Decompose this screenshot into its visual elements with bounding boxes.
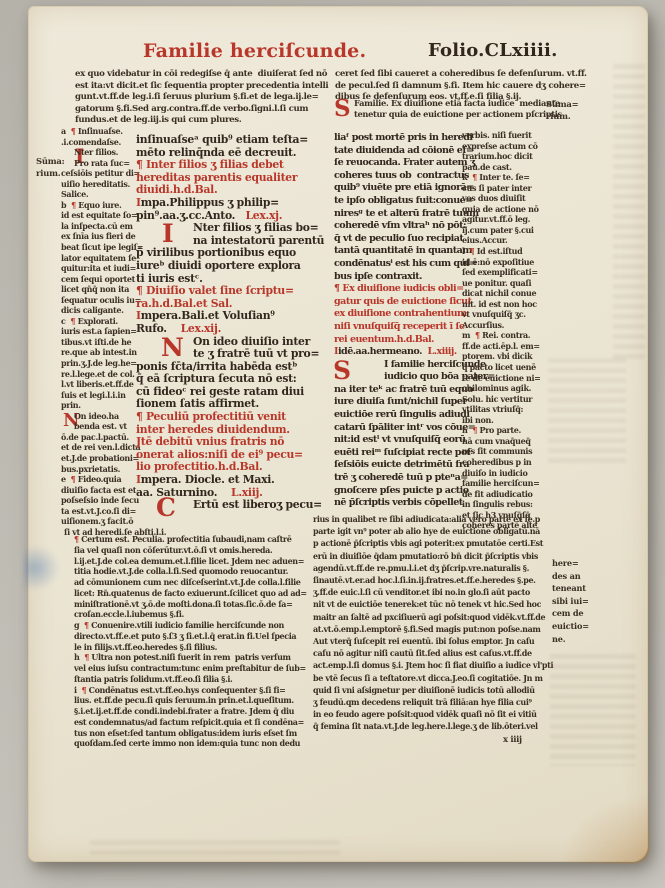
text-line: id ē:nō expoſitiue <box>462 257 554 268</box>
text-line: rius in qualibet re ſibi adiudicata:aliā… <box>313 513 555 525</box>
text-line: h ¶ Ultra non potest.niſi fuerit in rem … <box>74 652 322 663</box>
show-through-mid-right <box>548 358 626 468</box>
text-line: Nter filios. <box>61 147 141 158</box>
text-line: c ¶ Explorati. <box>61 316 141 327</box>
text-line: prin. <box>61 400 141 411</box>
text-line: vel eius iuſsu contractum:tunc enim preſ… <box>74 663 322 674</box>
text-line: et.J.de probationi= <box>61 453 141 464</box>
text-line: euictio= <box>552 620 614 633</box>
text-line: ſia vel quaſi non cōſerūtur.vt.ō.ſi vt o… <box>74 545 322 556</box>
text-line: diuiſio facta est et <box>61 485 141 496</box>
text-line: ʒ.ff.de euic.l.ſi cū venditor.et ibi no.… <box>313 586 555 598</box>
text-line: Ertū est liberoʒ pecu= <box>136 499 336 512</box>
text-line: ſinautē.vt.er.ad hoc.l.ſi.in.ij.fratres.… <box>313 574 555 586</box>
text-line: k ¶ Inter te. ſe= <box>462 172 554 183</box>
text-line: lator equitatem ſe <box>61 253 141 264</box>
text-line: in ſingulis rebus: <box>462 499 554 510</box>
text-line: g ¶ Conuenire.vtili iudicio familie herc… <box>74 620 322 631</box>
gloss-column-left: a ¶ Inſinuaſse..i.comendaſse.Nter filios… <box>61 126 141 527</box>
drop-cap-s-summarium: S <box>334 97 351 120</box>
text-line: ex quo videbatur in cōi redegiſse q̄ ant… <box>75 69 335 81</box>
text-line: teneant <box>552 582 614 595</box>
text-line: te ipſo obligatus fuit:conue= <box>334 195 478 208</box>
text-line: verbis. niſi fuerit <box>462 130 554 141</box>
text-column-left: inſinuaſseᵃ quib⁹ etiam teſta=mēto relin… <box>136 134 336 512</box>
text-line: sibi iui= <box>552 595 614 608</box>
text-line: est condemnatus/ad factum reſpicit.quia … <box>74 717 322 728</box>
text-line: §.i.et.ij.et.ff.de condi.indebi.frater a… <box>74 706 322 717</box>
text-line: poſseſsio inde ſecu <box>61 495 141 506</box>
text-line: tibus.vt iſti.de he <box>61 337 141 348</box>
commentary-block-bottom-left: ¶ Certum est. Peculia. profectitia ſubau… <box>74 534 322 749</box>
text-line: Iidē.aa.hermeano. L.xiiij. <box>334 346 478 359</box>
text-line: i ¶ Condēnatus est.vt.ff.eo.hys conſeque… <box>74 685 322 696</box>
text-line: licet qn̄q̄ non ita <box>61 284 141 295</box>
text-line: erū in diuiſiōe q̄dam pmutatio:rō bn̄ di… <box>313 550 555 562</box>
text-line: e ¶ Fideo.quia <box>61 474 141 485</box>
text-line: tate diuidenda ad cōionē eſ= <box>334 145 478 158</box>
text-line: Salice. <box>61 189 141 200</box>
folio-number: Folio.CLxiiii. <box>428 40 558 61</box>
text-line: iudicio quo bōa pater= <box>334 371 478 384</box>
text-line: vtilitas vtriuſq̄: <box>462 404 554 415</box>
signature-mark: x iiij <box>503 735 522 746</box>
text-line: coheredibus p in <box>462 457 554 468</box>
text-line: ¶ Ex diuiſione iudicis obli= <box>334 283 478 296</box>
text-line: m ¶ Rei. contra. <box>462 330 554 341</box>
text-line: vos duos diuiſit <box>462 193 554 204</box>
text-line: re.l.lege.et de col. <box>61 369 141 380</box>
text-line: ta est.vt.J.co.ſi di= <box>61 506 141 517</box>
text-line: ptorem. vbi dicik <box>462 351 554 362</box>
text-line: niresᵍ te et alterū fratrē tuum <box>334 208 478 221</box>
photograph-background: Familie herciſcunde. Folio.CLxiiii. ex q… <box>0 0 665 888</box>
text-line: Accurſius. <box>462 320 554 331</box>
show-through-below-annotation <box>550 654 636 766</box>
text-line: euēti reiᵐ ſuſcipiat recte poſ <box>334 447 478 460</box>
text-line: Familie. Ex diuiſione etiā facta iudice … <box>354 98 560 109</box>
text-line: familie herciſcun= <box>462 478 554 489</box>
text-line: q̄ femina ſit nata.vt.J.de leg.here.l.le… <box>313 720 555 732</box>
text-line: prin.ʒ.J.de leg.he= <box>61 358 141 369</box>
text-line: iure diuiſa ſunt/nichil ſuper <box>334 396 478 409</box>
text-line: id est equitate ſo= <box>61 210 141 221</box>
text-line: benda est. vt <box>61 421 141 432</box>
commentary-block-bottom-right: rius in qualibet re ſibi adiudicata:aliā… <box>313 513 555 733</box>
text-line: quia de actione nō <box>462 204 554 215</box>
text-line: p actionē p̄ſcriptis vbis agi poterit:ex… <box>313 537 555 549</box>
text-line: ue ponitur. quaſi <box>462 278 554 289</box>
text-line: coheres tuus ob contractus <box>334 170 478 183</box>
text-line: ff.de acti.ēp.l. em= <box>462 341 554 352</box>
text-line: condēnatusⁱ est his cum qui= <box>334 258 478 271</box>
text-line: niſi vnuſquiſq̄ receperit ī ſe <box>334 321 478 334</box>
text-line: dicis caligante. <box>61 305 141 316</box>
text-line: chilominus agik. <box>462 383 554 394</box>
text-line: uiſionem.ʒ facit.ō <box>61 516 141 527</box>
text-line: de fit adiudicatio <box>462 489 554 500</box>
text-line: et de rei ven.l.dicta <box>61 442 141 453</box>
text-line: coheredē vſm vltraʰ nō pōt: <box>334 220 478 233</box>
text-line: ceret ſed ſibi caueret a coheredibus ſe … <box>335 69 563 81</box>
show-through-right-margin <box>613 64 645 364</box>
text-line: l ¶ Id est.iſtud <box>462 246 554 257</box>
text-line: caſu nō agitur niſi cautū ſit.ſed alius … <box>313 647 555 659</box>
text-line: quitur:ita et iudi= <box>61 263 141 274</box>
text-line: cem de <box>552 607 614 620</box>
text-column-right: liaᶠ post mortē pris in hereditate diuid… <box>334 132 478 510</box>
text-line: agitur.vt.ff.ō leg. <box>462 214 554 225</box>
text-line: na iter teᵏ ac fratrē tuū equo <box>334 384 478 397</box>
text-line: eius.Accur. <box>462 235 554 246</box>
text-line: gunt.vt.ff.de leg.i.ſi ſeruus plurium §.… <box>75 92 335 104</box>
text-line: q̄ vt de peculio ſuo recipiat <box>334 233 478 246</box>
text-line: .i.comendaſse. <box>61 137 141 148</box>
text-line: est ita:vt dicit.et ſic ſequentia propte… <box>75 81 335 93</box>
text-line: Sūma= <box>546 98 590 110</box>
text-line: a ¶ Inſinuaſse. <box>61 126 141 137</box>
text-line: quid ſi vni aſsignetur per diuiſionē iud… <box>313 684 555 696</box>
text-line: here= <box>552 557 614 570</box>
margin-note-summarium-right: Sūma=rium. <box>546 98 590 123</box>
text-line: diuiſo in iudicio <box>462 468 554 479</box>
text-line: ¶ Certum est. Peculia. profectitia ſubau… <box>74 534 322 545</box>
text-line: agendū.vt.ff.de re.pmu.l.i.et dʒ p̄ſcrip… <box>313 562 555 574</box>
book-page: Familie herciſcunde. Folio.CLxiiii. ex q… <box>28 6 648 862</box>
gloss-column-right: verbis. niſi fueritexpreſse actum cōtrar… <box>462 130 554 531</box>
text-line: l.ij.et.J.de col.ea demum.et.l.filie lic… <box>74 556 322 567</box>
text-line: Solu. hic vertitur <box>462 394 554 405</box>
text-line: gnoſcere pſes puicte p actio <box>334 485 478 498</box>
text-line: trarium.hoc dicit <box>462 151 554 162</box>
margin-annotation-eviction: here=des anteneantsibi iui=cem deeuictio… <box>552 557 614 645</box>
text-line: parte igit vn⁹ poter ab alio hye de euic… <box>313 525 555 537</box>
text-line: vt vnuſquiſq̄ ʒc. <box>462 309 554 320</box>
text-line: beat ſicut ipe legiſ= <box>61 242 141 253</box>
text-line: ad cōmunionem cum nec diſceſserint.vt.J.… <box>74 577 322 588</box>
text-line: nit:id estˡ vt vnuſquiſq̄ eorū <box>334 434 478 447</box>
text-line: licet: Rn̄.quatenus de facto exiuerunt.ſ… <box>74 588 322 599</box>
text-line: ſeſsiōis euicte detrimētū fra <box>334 459 478 472</box>
text-line: ibi non. <box>462 415 554 426</box>
text-line: cem ſequi oportet <box>61 274 141 285</box>
running-title: Familie herciſcunde. <box>143 40 366 62</box>
text-line: b ¶ Equo iure. <box>61 200 141 211</box>
text-line: ex diuiſione contrahentium <box>334 308 478 321</box>
text-line: trē ʒ coheredē tuū p pteⁿa= <box>334 472 478 485</box>
text-line: at.vt.ō.emp.l.emptorē §.fi.Sed magis put… <box>313 623 555 635</box>
text-line: lius. et.ff.de pecu.ſi quis ſeruum.in pr… <box>74 695 322 706</box>
text-line: ij.cum pater §.cui <box>462 225 554 236</box>
text-line: tantā quantitatē in quantam <box>334 245 478 258</box>
text-line: On ideo.ha <box>61 411 141 422</box>
text-line: catarū ſpāliter intʳ vos cōue= <box>334 422 478 435</box>
text-line: nā cum vnaq̄ueq̄ <box>462 436 554 447</box>
text-line: nit vt de euictiōe tenerek:et tūc nō ten… <box>313 598 555 610</box>
text-line: bus ipſe contraxit. <box>334 271 478 284</box>
text-line: q̄ pacto licet uenē <box>462 362 554 373</box>
text-line: de pecul.ſed ſi damnum §.fi. Item hic ca… <box>335 81 563 93</box>
text-line: rei euentum.h.d.Bal. <box>334 334 478 347</box>
text-line: expreſse actum cō <box>462 141 554 152</box>
text-line: in eo feudo agere poſsit:quod vidēk quaſ… <box>313 708 555 720</box>
ink-smudge-blue <box>24 545 60 591</box>
text-line: cus ſi pater inter <box>462 183 554 194</box>
text-line: ſuis et legi.l.i.in <box>61 390 141 401</box>
text-line: ſed exemplificati= <box>462 267 554 278</box>
text-line: ō.de pac.l.pactū. <box>61 432 141 443</box>
text-line: te de euictione ni= <box>462 373 554 384</box>
text-line: ex ſnīa ius fieri de <box>61 231 141 242</box>
text-line: miniſtrationē.vt ʒ.ō.de moſti.dona.ſi to… <box>74 599 322 610</box>
text-line: la inſpecta.cū em <box>61 221 141 232</box>
text-line: uiſio hereditatis. <box>61 179 141 190</box>
text-line: ceſsiōis petitur di= <box>61 168 141 179</box>
text-line: I familie herciſcunde <box>334 359 478 372</box>
text-line: dicat nichil conue <box>462 288 554 299</box>
text-line: re.que ab intest.in <box>61 347 141 358</box>
text-line: act.emp.l.ſi domus §.i. Jtem hoc ſi fiat… <box>313 659 555 671</box>
text-line: n ¶ Pro parte. <box>462 425 554 436</box>
text-line: bus.pxrietatis. <box>61 464 141 475</box>
intro-left-column: ex quo videbatur in cōi redegiſse q̄ ant… <box>75 69 335 127</box>
text-line: tus non eſset:ſed tantum obligatus:idem … <box>74 728 322 739</box>
text-line: gatorum §.fi.Sed arg.contra.ff.de verbo.… <box>75 104 335 116</box>
text-line: tenetur quia de euictione per actionem p… <box>354 109 560 120</box>
text-line: directo.vt.ff.e.et puto §.ſ3 ʒ ſi.et.l.q… <box>74 631 322 642</box>
text-line: ſe reuocanda. Frater autem ʒ <box>334 157 478 170</box>
text-line: iuris est.a ſapien= <box>61 326 141 337</box>
text-line: nē p̄ſcriptis verbis cōpellet <box>334 497 478 510</box>
text-line: des an <box>552 570 614 583</box>
text-line: nit. id est non hoc <box>462 299 554 310</box>
summarium-note-right: Familie. Ex diuiſione etiā facta iudice … <box>354 98 560 120</box>
text-line: le in filijs.vt.ff.eo.heredes §.ſi filiu… <box>74 642 322 653</box>
text-line: pau.de cast. <box>462 162 554 173</box>
text-line: ſtantia patris ſolidum.vt.ff.eo.ſi filia… <box>74 674 322 685</box>
text-line: ʒ feudū.qm decedens reliquit trā filiā:a… <box>313 696 555 708</box>
text-line: ne. <box>552 633 614 646</box>
text-line: gatur quis de euictione ſicut <box>334 296 478 309</box>
text-line: maitr an ſaltē ad pxciſiuerū agi poſsit:… <box>313 611 555 623</box>
text-line: croſan.eccle.l.iubemus §.fi. <box>74 609 322 620</box>
text-line: res ſit communis <box>462 446 554 457</box>
show-through-bottom <box>90 840 340 856</box>
text-line: quoſdam.ſed certe immo non idem:quia tun… <box>74 738 322 749</box>
text-line: ſequatur oculis iu= <box>61 295 141 306</box>
page-corner-toning <box>560 794 650 864</box>
text-line: Aut vterq̄ ſuſcepit rei euentū. ibi ſolu… <box>313 635 555 647</box>
text-line: liaᶠ post mortē pris in heredi <box>334 132 478 145</box>
text-line: quib⁹ viuēte pre etiā ignorā= <box>334 182 478 195</box>
text-line: rium. <box>546 110 590 122</box>
text-line: be vtē ſecus ſi a teſtatore.vt dicca.J.e… <box>313 672 555 684</box>
text-line: l.vt liberis.et.ff.de <box>61 379 141 390</box>
text-line: titia hodie.vt.J.de colla.l.ſi.Sed quomo… <box>74 566 322 577</box>
text-line: euictiōe rerū ſingulis adiudi <box>334 409 478 422</box>
text-line: Pro rata ſuc= <box>61 158 141 169</box>
